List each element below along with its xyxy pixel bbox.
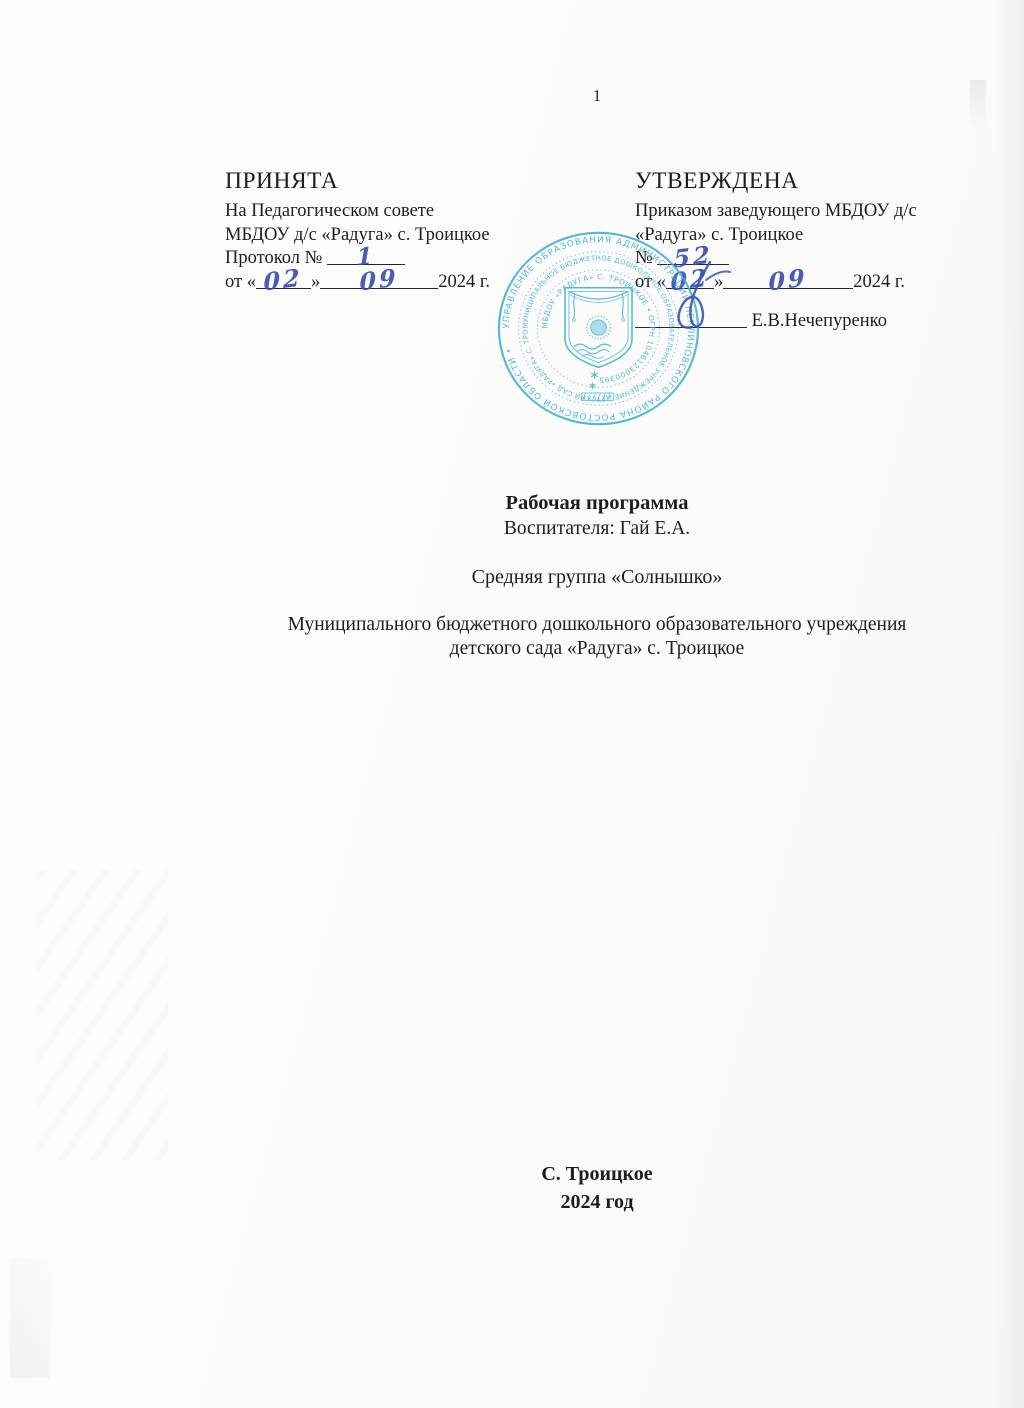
signature-scribble bbox=[648, 258, 768, 350]
scan-streaks bbox=[38, 870, 168, 1160]
date-day-blank: 02 bbox=[256, 273, 311, 289]
program-author: Воспитателя: Гай Е.А. bbox=[170, 516, 1024, 541]
date-year: 2024 г. bbox=[438, 272, 490, 292]
organization-line1: Муниципального бюджетного дошкольного об… bbox=[170, 613, 1024, 637]
signature-name: Е.В.Нечепуренко bbox=[752, 311, 887, 331]
handwritten-day: 02 bbox=[264, 266, 304, 294]
scanned-document-page: 1 ПРИНЯТА На Педагогическом совете МБДОУ… bbox=[0, 0, 1024, 1408]
accepted-line1: На Педагогическом совете bbox=[225, 200, 555, 224]
handwritten-month: 09 bbox=[768, 266, 808, 294]
date-year: 2024 г. bbox=[853, 272, 905, 292]
scan-smudge bbox=[10, 1258, 50, 1378]
date-month-blank: 09 bbox=[320, 273, 438, 289]
footer-location: С. Троицкое bbox=[170, 1160, 1024, 1188]
footer-year: 2024 год bbox=[170, 1188, 1024, 1216]
date-quote: » bbox=[311, 272, 320, 292]
title-block: Рабочая программа Воспитателя: Гай Е.А. … bbox=[170, 491, 1024, 661]
group-name: Средняя группа «Солнышко» bbox=[170, 565, 1024, 590]
accepted-title: ПРИНЯТА bbox=[225, 168, 555, 195]
program-title: Рабочая программа bbox=[170, 491, 1024, 516]
organization-line2: детского сада «Радуга» с. Троицкое bbox=[170, 637, 1024, 661]
stamp-stars bbox=[590, 371, 598, 389]
page-number: 1 bbox=[170, 86, 1024, 106]
approved-line1: Приказом заведующего МБДОУ д/с bbox=[635, 200, 945, 224]
stamp-coat-of-arms bbox=[565, 288, 632, 368]
handwritten-month: 09 bbox=[359, 266, 399, 294]
date-prefix: от « bbox=[225, 272, 256, 292]
approved-title: УТВЕРЖДЕНА bbox=[635, 168, 945, 195]
footer-block: С. Троицкое 2024 год bbox=[170, 1160, 1024, 1216]
